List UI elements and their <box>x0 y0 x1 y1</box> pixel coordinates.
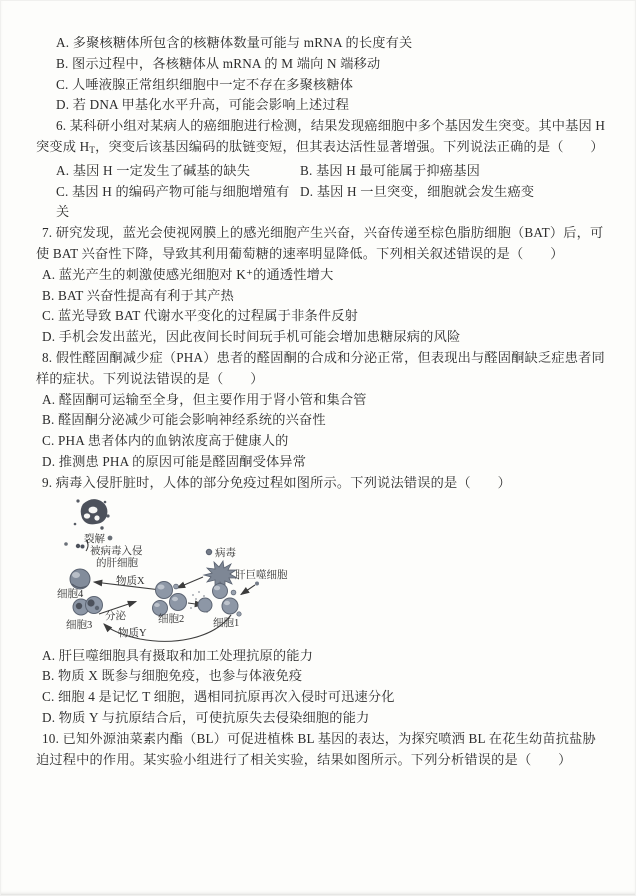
q9-option-c: C. 细胞 4 是记忆 T 细胞，遇相同抗原再次入侵时可迅速分化 <box>36 687 608 708</box>
q8-option-c: C. PHA 患者体内的血钠浓度高于健康人的 <box>36 431 608 452</box>
virus-icon <box>206 549 211 554</box>
question-7-block: 7. 研究发现，蓝光会使视网膜上的感光细胞产生兴奋，兴奋传递至棕色脂肪细胞（BA… <box>36 223 608 348</box>
q8-option-a: A. 醛固酮可运输至全身，但主要作用于肾小管和集合管 <box>36 390 608 411</box>
immune-process-figure: 裂解 被病毒入侵 的肝细胞 细胞4 物质X 病毒 肝巨噬细胞 <box>52 495 608 646</box>
q9-option-b: B. 物质 X 既参与细胞免疫，也参与体液免疫 <box>36 666 608 687</box>
q5-option-a: A. 多聚核糖体所包含的核糖体数量可能与 mRNA 的长度有关 <box>36 33 608 54</box>
question-8-block: 8. 假性醛固酮减少症（PHA）患者的醛固酮的合成和分泌正常，但表现出与醛固酮缺… <box>36 348 608 473</box>
figure-label-cell1: 细胞1 <box>213 617 239 629</box>
q5-option-d: D. 若 DNA 甲基化水平升高，可能会影响上述过程 <box>36 95 608 116</box>
figure-label-substance-x: 物质X <box>116 574 145 587</box>
q7-option-c: C. 蓝光导致 BAT 代谢水平变化的过程属于非条件反射 <box>36 306 608 327</box>
q6-option-a: A. 基因 H 一定发生了碱基的缺失 <box>56 161 300 182</box>
q8-option-b: B. 醛固酮分泌减少可能会影响神经系统的兴奋性 <box>36 410 608 431</box>
question-7-stem: 7. 研究发现，蓝光会使视网膜上的感光细胞产生兴奋，兴奋传递至棕色脂肪细胞（BA… <box>36 223 608 265</box>
immune-process-svg: 裂解 被病毒入侵 的肝细胞 细胞4 物质X 病毒 肝巨噬细胞 <box>52 495 304 646</box>
q7-option-b: B. BAT 兴奋性提高有利于其产热 <box>36 286 608 307</box>
question-6-block: 6. 某科研小组对某病人的癌细胞进行检测，结果发现癌细胞中多个基因发生突变。其中… <box>36 116 608 223</box>
q6-stem-text-cont: ，突变后该基因编码的肽链变短，但其表达活性显著增强。下列说法正确的是（ ） <box>95 139 604 154</box>
q6-options-row-2: C. 基因 H 的编码产物可能与细胞增殖有关 D. 基因 H 一旦突变，细胞就会… <box>56 182 608 224</box>
q6-options-row-1: A. 基因 H 一定发生了碱基的缺失 B. 基因 H 最可能属于抑癌基因 <box>56 161 608 182</box>
q5-option-c: C. 人唾液腺正常组织细胞中一定不存在多聚核糖体 <box>36 75 608 96</box>
question-9-block: 9. 病毒入侵肝脏时，人体的部分免疫过程如图所示。下列说法错误的是（ ） <box>36 473 608 729</box>
q5-options-block: A. 多聚核糖体所包含的核糖体数量可能与 mRNA 的长度有关 B. 图示过程中… <box>36 33 608 116</box>
question-8-stem: 8. 假性醛固酮减少症（PHA）患者的醛固酮的合成和分泌正常，但表现出与醛固酮缺… <box>36 348 608 390</box>
question-6-stem: 6. 某科研小组对某病人的癌细胞进行检测，结果发现癌细胞中多个基因发生突变。其中… <box>36 116 608 161</box>
figure-label-invaded-2: 的肝细胞 <box>96 557 138 569</box>
figure-label-macrophage: 肝巨噬细胞 <box>235 568 288 581</box>
cell4-icon <box>70 569 90 589</box>
q9-option-a: A. 肝巨噬细胞具有摄取和加工处理抗原的能力 <box>36 646 608 667</box>
figure-label-lysis: 裂解 <box>84 532 105 545</box>
q6-option-d: D. 基因 H 一旦突变，细胞就会发生癌变 <box>300 182 534 224</box>
question-10-stem: 10. 已知外源油菜素内酯（BL）可促进植株 BL 基因的表达，为探究喷洒 BL… <box>36 729 608 771</box>
question-10-block: 10. 已知外源油菜素内酯（BL）可促进植株 BL 基因的表达，为探究喷洒 BL… <box>36 729 608 771</box>
exam-page: A. 多聚核糖体所包含的核糖体数量可能与 mRNA 的长度有关 B. 图示过程中… <box>0 0 636 896</box>
arrow-macrophage-to-cell2 <box>177 577 203 588</box>
figure-label-virus: 病毒 <box>215 546 236 559</box>
q8-option-d: D. 推测患 PHA 的原因可能是醛固酮受体异常 <box>36 452 608 473</box>
figure-label-invaded-1: 被病毒入侵 <box>90 544 143 557</box>
q7-option-d: D. 手机会发出蓝光，因此夜间长时间玩手机可能会增加患糖尿病的风险 <box>36 327 608 348</box>
figure-label-secrete: 分泌 <box>105 609 126 622</box>
figure-label-cell4: 细胞4 <box>57 588 84 600</box>
figure-label-cell2: 细胞2 <box>158 613 184 625</box>
question-9-stem: 9. 病毒入侵肝脏时，人体的部分免疫过程如图所示。下列说法错误的是（ ） <box>36 473 608 494</box>
q7-option-a: A. 蓝光产生的刺激使感光细胞对 K⁺的通透性增大 <box>36 265 608 286</box>
arrow-virus-to-cell1 <box>241 585 255 595</box>
q6-option-c: C. 基因 H 的编码产物可能与细胞增殖有关 <box>56 182 300 224</box>
q6-option-b: B. 基因 H 最可能属于抑癌基因 <box>300 161 480 182</box>
figure-label-cell3: 细胞3 <box>66 619 92 631</box>
cell1-icon <box>198 583 241 616</box>
virus-particle-icon <box>255 581 259 585</box>
q9-option-d: D. 物质 Y 与抗原结合后，可使抗原失去侵染细胞的能力 <box>36 708 608 729</box>
q5-option-b: B. 图示过程中，各核糖体从 mRNA 的 M 端向 N 端移动 <box>36 54 608 75</box>
